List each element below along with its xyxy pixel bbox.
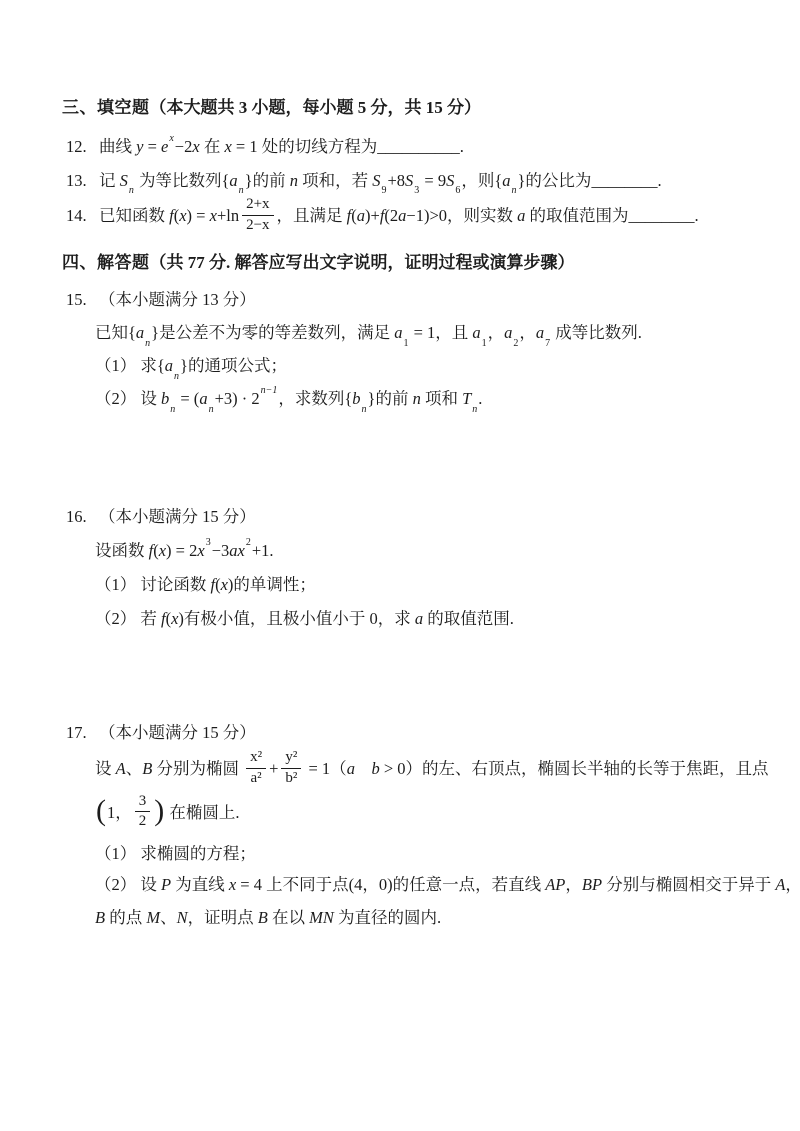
math-italic: B bbox=[142, 759, 152, 778]
math-italic: f bbox=[380, 206, 385, 225]
question-16-score: （本小题满分 15 分） bbox=[99, 506, 745, 528]
question-17-header: 17. （本小题满分 15 分） bbox=[62, 722, 745, 744]
math-italic: ax bbox=[229, 541, 245, 560]
section-heading-rest: （本大题共 3 小题，每小题 5 分，共 15 分） bbox=[150, 98, 482, 117]
question-17-intro: 设 A、B 分别为椭圆 x²a²+y²b² = 1（a b > 0）的左、右顶点… bbox=[95, 751, 745, 789]
math-italic: S bbox=[120, 171, 128, 190]
question-15-part-1: （1） 求{an}的通项公式； bbox=[95, 355, 745, 377]
question-16-header: 16. （本小题满分 15 分） bbox=[62, 506, 745, 528]
question-14-number: 14. bbox=[62, 205, 99, 227]
math-italic: a bbox=[347, 759, 355, 778]
fraction: y²b² bbox=[281, 749, 301, 787]
fraction-numerator: y² bbox=[281, 749, 301, 768]
question-16-part-1: （1） 讨论函数 f(x)的单调性； bbox=[95, 574, 745, 596]
subscript: n bbox=[239, 185, 244, 196]
math-italic: a bbox=[165, 356, 173, 375]
fraction-denominator: a² bbox=[246, 768, 266, 788]
math-italic: x bbox=[159, 541, 166, 560]
question-12-number: 12. bbox=[62, 136, 99, 158]
question-14-text: 已知函数 f(x) = x+ln2+x2−x，且满足 f(a)+f(2a−1)>… bbox=[99, 198, 745, 236]
superscript: n−1 bbox=[261, 385, 278, 396]
math-italic: a bbox=[136, 323, 144, 342]
math-italic: a bbox=[517, 206, 525, 225]
question-16-block: 16. （本小题满分 15 分） 设函数 f(x) = 2x3−3ax2+1. … bbox=[62, 506, 745, 630]
math-italic: a bbox=[357, 206, 365, 225]
math-italic: x bbox=[179, 206, 186, 225]
question-14: 14. 已知函数 f(x) = x+ln2+x2−x，且满足 f(a)+f(2a… bbox=[62, 198, 745, 236]
question-17-number: 17. bbox=[62, 722, 99, 744]
superscript: x bbox=[169, 133, 173, 144]
superscript: 2 bbox=[246, 537, 251, 548]
question-15-score: （本小题满分 13 分） bbox=[99, 289, 745, 311]
math-italic: x bbox=[192, 137, 199, 156]
section-heading-rest: （共 77 分. 解答应写出文字说明，证明过程或演算步骤） bbox=[150, 253, 575, 272]
math-italic: AP bbox=[545, 875, 565, 894]
subscript: n bbox=[145, 338, 150, 349]
subscript: n bbox=[170, 404, 175, 415]
math-italic: x bbox=[210, 206, 217, 225]
subscript: 6 bbox=[455, 185, 460, 196]
subscript: 1 bbox=[403, 338, 408, 349]
fraction-numerator: 2+x bbox=[242, 196, 273, 215]
subscript: 1 bbox=[482, 338, 487, 349]
math-italic: b bbox=[371, 759, 379, 778]
exam-page: 三、填空题（本大题共 3 小题，每小题 5 分，共 15 分） 12. 曲线 y… bbox=[0, 0, 800, 1131]
math-italic: a bbox=[199, 389, 207, 408]
question-12: 12. 曲线 y = ex−2x 在 x = 1 处的切线方程为________… bbox=[62, 136, 745, 158]
question-15-block: 15. （本小题满分 13 分） 已知{an}是公差不为零的等差数列，满足 a1… bbox=[62, 289, 745, 410]
subscript: 3 bbox=[414, 185, 419, 196]
math-italic: N bbox=[177, 908, 188, 927]
math-italic: M bbox=[146, 908, 160, 927]
math-italic: e bbox=[161, 137, 168, 156]
math-italic: x bbox=[221, 575, 228, 594]
math-italic: BP bbox=[582, 875, 602, 894]
math-italic: f bbox=[347, 206, 352, 225]
math-italic: B bbox=[95, 908, 105, 927]
math-italic: A bbox=[775, 875, 785, 894]
section-heading-fill-in: 三、填空题（本大题共 3 小题，每小题 5 分，共 15 分） bbox=[62, 97, 745, 119]
math-italic: n bbox=[413, 389, 421, 408]
math-italic: MN bbox=[309, 908, 334, 927]
math-italic: B bbox=[258, 908, 268, 927]
math-italic: x bbox=[171, 609, 178, 628]
section-heading-answers: 四、解答题（共 77 分. 解答应写出文字说明，证明过程或演算步骤） bbox=[62, 252, 745, 274]
subscript: 2 bbox=[513, 338, 518, 349]
answer-blank: ________ bbox=[591, 171, 657, 190]
math-italic: x bbox=[197, 541, 204, 560]
question-17-part-2-line-1: （2） 设 P 为直线 x = 4 上不同于点(4，0)的任意一点，若直线 AP… bbox=[95, 874, 745, 896]
question-17-point-condition: (1，32) 在椭圆上. bbox=[95, 795, 745, 833]
math-italic: f bbox=[149, 541, 154, 560]
math-italic: A bbox=[116, 759, 126, 778]
math-italic: b bbox=[352, 389, 360, 408]
section-fill-in-questions: 三、填空题（本大题共 3 小题，每小题 5 分，共 15 分） 12. 曲线 y… bbox=[62, 97, 745, 236]
fraction-denominator: 2−x bbox=[242, 215, 273, 235]
subscript: n bbox=[129, 185, 134, 196]
subscript: n bbox=[472, 404, 477, 415]
big-parenthesis: ) bbox=[153, 794, 165, 827]
question-13-number: 13. bbox=[62, 170, 99, 192]
fraction-numerator: 3 bbox=[135, 793, 151, 812]
math-italic: x bbox=[229, 875, 236, 894]
math-italic: y bbox=[136, 137, 143, 156]
math-italic: a bbox=[502, 171, 510, 190]
question-15-header: 15. （本小题满分 13 分） bbox=[62, 289, 745, 311]
subscript: n bbox=[209, 404, 214, 415]
math-italic: f bbox=[169, 206, 174, 225]
section-heading-lead: 四、解答题 bbox=[62, 253, 150, 272]
math-italic: b bbox=[161, 389, 169, 408]
math-italic: S bbox=[405, 171, 413, 190]
superscript: 3 bbox=[206, 537, 211, 548]
answer-blank: ________ bbox=[629, 206, 695, 225]
question-13: 13. 记 Sn 为等比数列{an}的前 n 项和，若 S9+8S3 = 9S6… bbox=[62, 170, 745, 192]
math-italic: a bbox=[472, 323, 480, 342]
subscript: n bbox=[174, 371, 179, 382]
math-italic: S bbox=[446, 171, 454, 190]
subscript: n bbox=[362, 404, 367, 415]
fraction: 2+x2−x bbox=[242, 196, 273, 234]
question-17-score: （本小题满分 15 分） bbox=[99, 722, 745, 744]
fraction: 32 bbox=[135, 793, 151, 831]
question-16-intro: 设函数 f(x) = 2x3−3ax2+1. bbox=[95, 540, 745, 562]
fraction-numerator: x² bbox=[246, 749, 266, 768]
math-italic: f bbox=[161, 609, 166, 628]
math-italic: f bbox=[211, 575, 216, 594]
question-17-part-2-line-2: B 的点 M、N，证明点 B 在以 MN 为直径的圆内. bbox=[95, 907, 745, 929]
math-italic: T bbox=[462, 389, 471, 408]
math-italic: n bbox=[290, 171, 298, 190]
answer-blank: __________ bbox=[377, 137, 460, 156]
question-12-text: 曲线 y = ex−2x 在 x = 1 处的切线方程为__________. bbox=[99, 136, 745, 158]
big-parenthesis: ( bbox=[95, 794, 107, 827]
question-15-part-2: （2） 设 bn = (an+3) · 2n−1，求数列{bn}的前 n 项和 … bbox=[95, 388, 745, 410]
section-heading-lead: 三、填空题 bbox=[62, 98, 150, 117]
subscript: n bbox=[512, 185, 517, 196]
question-13-text: 记 Sn 为等比数列{an}的前 n 项和，若 S9+8S3 = 9S6，则{a… bbox=[99, 170, 745, 192]
subscript: 7 bbox=[545, 338, 550, 349]
math-italic: a bbox=[536, 323, 544, 342]
math-italic: a bbox=[229, 171, 237, 190]
question-17-block: 17. （本小题满分 15 分） 设 A、B 分别为椭圆 x²a²+y²b² =… bbox=[62, 722, 745, 929]
fraction-denominator: b² bbox=[281, 768, 301, 788]
math-italic: a bbox=[504, 323, 512, 342]
question-16-part-2: （2） 若 f(x)有极小值，且极小值小于 0，求 a 的取值范围. bbox=[95, 608, 745, 630]
fraction: x²a² bbox=[246, 749, 266, 787]
question-15-intro: 已知{an}是公差不为零的等差数列，满足 a1 = 1，且 a1，a2，a7 成… bbox=[95, 322, 745, 344]
question-17-part-1: （1） 求椭圆的方程； bbox=[95, 843, 745, 865]
math-italic: a bbox=[415, 609, 423, 628]
subscript: 9 bbox=[381, 185, 386, 196]
math-italic: P bbox=[161, 875, 171, 894]
fraction-denominator: 2 bbox=[135, 811, 151, 831]
question-16-number: 16. bbox=[62, 506, 99, 528]
question-15-number: 15. bbox=[62, 289, 99, 311]
math-italic: a bbox=[398, 206, 406, 225]
section-answer-questions: 四、解答题（共 77 分. 解答应写出文字说明，证明过程或演算步骤） 15. （… bbox=[62, 252, 745, 929]
math-italic: a bbox=[394, 323, 402, 342]
math-italic: x bbox=[224, 137, 231, 156]
math-italic: S bbox=[372, 171, 380, 190]
